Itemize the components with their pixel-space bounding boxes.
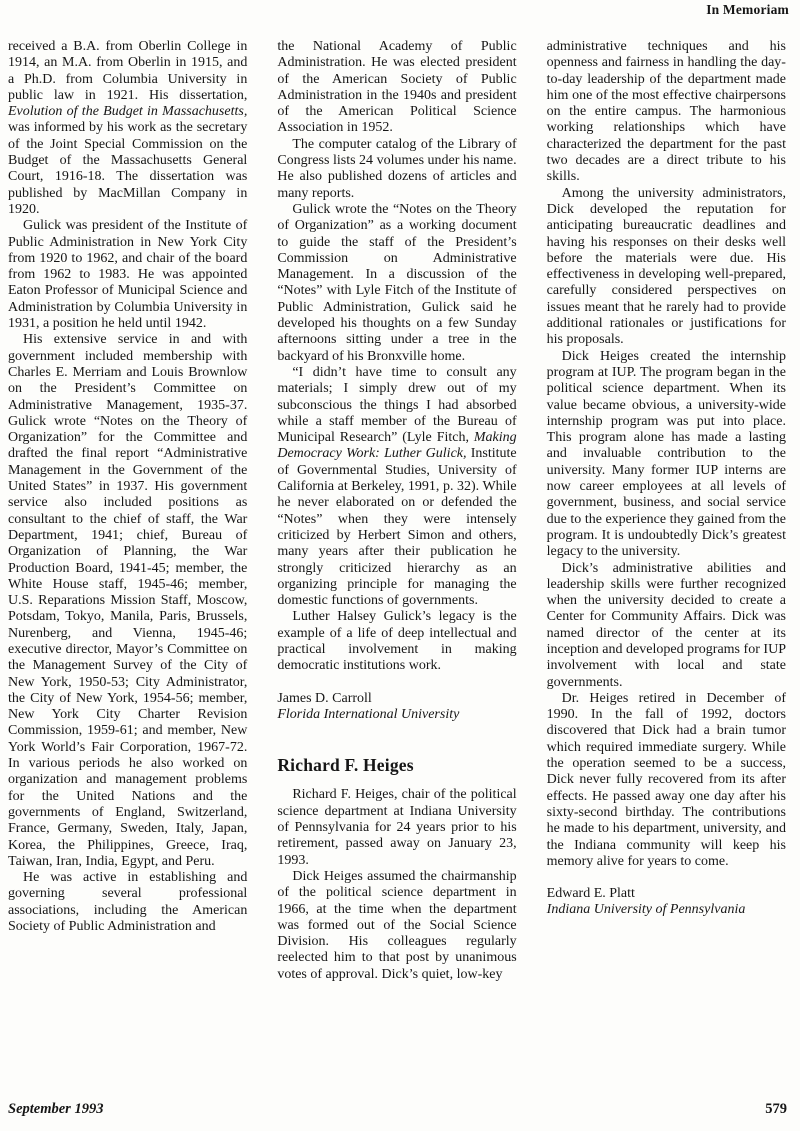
- body-paragraph: He was active in establishing and govern…: [8, 870, 247, 935]
- body-paragraph: The computer catalog of the Library of C…: [277, 137, 516, 202]
- body-paragraph: received a B.A. from Oberlin College in …: [8, 39, 247, 218]
- text-segment: Dick Heiges assumed the chairmanship of …: [277, 869, 516, 982]
- signature-name: Edward E. Platt: [547, 886, 786, 902]
- page-footer: September 1993 579: [8, 1101, 787, 1118]
- body-paragraph: Among the university administrators, Dic…: [547, 186, 786, 349]
- body-paragraph: Gulick was president of the Institute of…: [8, 218, 247, 332]
- text-segment: Luther Halsey Gulick’s legacy is the exa…: [277, 609, 516, 673]
- text-segment: Gulick wrote the “Notes on the Theory of…: [277, 202, 516, 364]
- body-paragraph: Dick’s administrative abilities and lead…: [547, 561, 786, 691]
- column-1: received a B.A. from Oberlin College in …: [8, 39, 247, 983]
- text-segment: Richard F. Heiges, chair of the politica…: [277, 787, 516, 867]
- column-3: administrative techniques and his openne…: [547, 39, 786, 983]
- text-columns: received a B.A. from Oberlin College in …: [8, 39, 786, 983]
- body-paragraph: Gulick wrote the “Notes on the Theory of…: [277, 202, 516, 365]
- text-segment: The computer catalog of the Library of C…: [277, 137, 516, 201]
- text-segment: Evolution of the Budget in Massachusetts…: [8, 104, 247, 119]
- signature-name: James D. Carroll: [277, 691, 516, 707]
- text-segment: Dr. Heiges retired in December of 1990. …: [547, 691, 786, 869]
- running-head: In Memoriam: [706, 2, 789, 18]
- signature-affiliation: Indiana University of Pennsylvania: [547, 902, 786, 918]
- body-paragraph: “I didn’t have time to consult any mater…: [277, 365, 516, 609]
- body-paragraph: Dick Heiges created the internship progr…: [547, 349, 786, 561]
- signature-block: Edward E. PlattIndiana University of Pen…: [547, 886, 786, 919]
- body-paragraph: administrative techniques and his openne…: [547, 39, 786, 186]
- obituary-heading: Richard F. Heiges: [277, 757, 516, 773]
- signature-block: James D. CarrollFlorida International Un…: [277, 691, 516, 724]
- body-paragraph: Luther Halsey Gulick’s legacy is the exa…: [277, 609, 516, 674]
- body-paragraph: Dick Heiges assumed the chairmanship of …: [277, 869, 516, 983]
- text-segment: Gulick was president of the Institute of…: [8, 218, 247, 331]
- body-paragraph: the National Academy of Public Administr…: [277, 39, 516, 137]
- issue-date: September 1993: [8, 1101, 103, 1118]
- text-segment: was informed by his work as the secretar…: [8, 120, 247, 216]
- text-segment: His extensive service in and with govern…: [8, 332, 247, 869]
- column-2: the National Academy of Public Administr…: [277, 39, 516, 983]
- text-segment: Dick’s administrative abilities and lead…: [547, 561, 786, 690]
- body-paragraph: Dr. Heiges retired in December of 1990. …: [547, 691, 786, 870]
- journal-page: In Memoriam received a B.A. from Oberlin…: [0, 0, 800, 1131]
- text-segment: the National Academy of Public Administr…: [277, 39, 516, 135]
- text-segment: Institute of Governmental Studies, Unive…: [277, 446, 516, 608]
- text-segment: administrative techniques and his openne…: [547, 39, 786, 184]
- body-paragraph: Richard F. Heiges, chair of the politica…: [277, 787, 516, 868]
- text-segment: Dick Heiges created the internship progr…: [547, 349, 786, 560]
- page-number: 579: [765, 1101, 787, 1118]
- signature-affiliation: Florida International University: [277, 707, 516, 723]
- body-paragraph: His extensive service in and with govern…: [8, 332, 247, 870]
- text-segment: received a B.A. from Oberlin College in …: [8, 39, 247, 103]
- text-segment: Among the university administrators, Dic…: [547, 186, 786, 348]
- text-segment: He was active in establishing and govern…: [8, 870, 247, 934]
